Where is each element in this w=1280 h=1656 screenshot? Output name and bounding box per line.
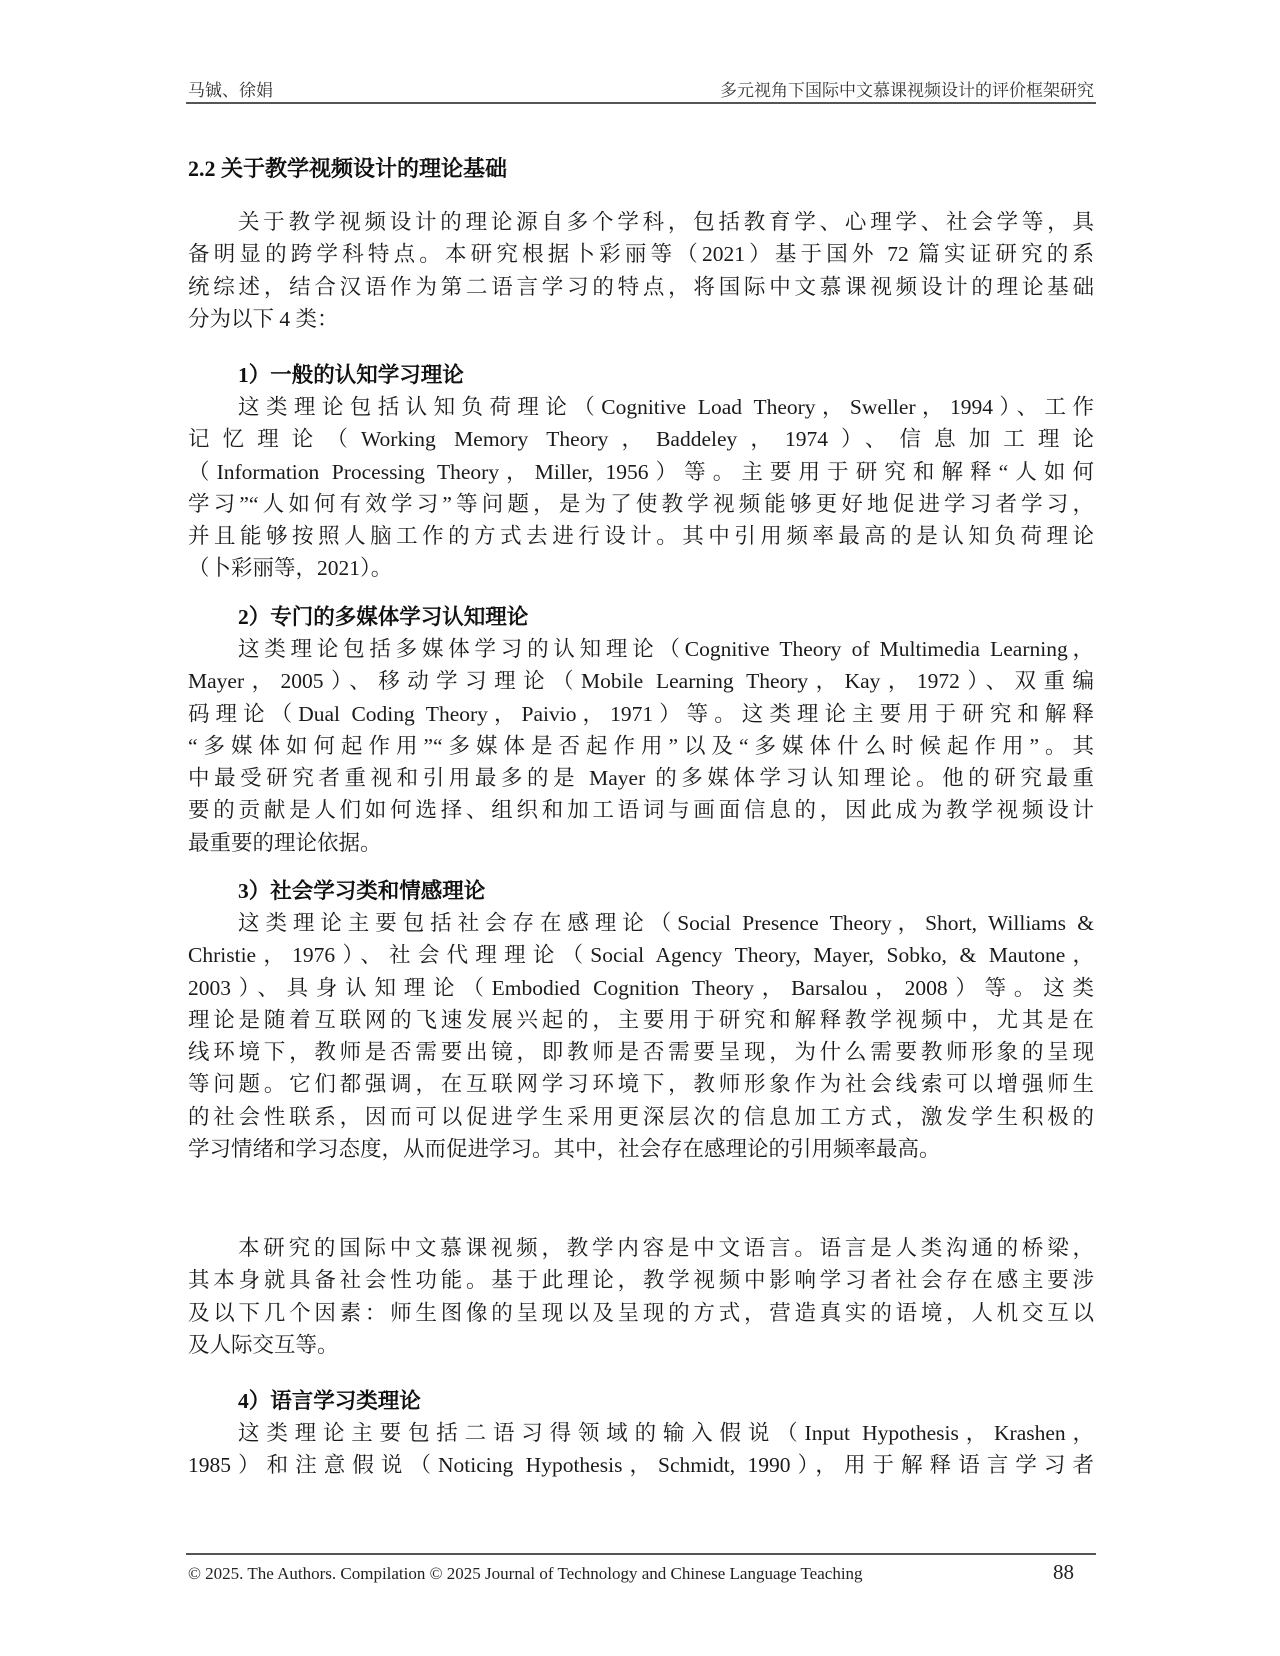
paragraph-line: 这类理论包括认知负荷理论（Cognitive Load Theory，Swell… bbox=[188, 391, 1094, 423]
paragraph-line: 学习情绪和学习态度，从而促进学习。其中，社会存在感理论的引用频率最高。 bbox=[188, 1133, 1094, 1165]
paragraph-line: 线环境下，教师是否需要出镜，即教师是否需要呈现，为什么需要教师形象的呈现 bbox=[188, 1036, 1094, 1068]
paragraph-line: 理论是随着互联网的飞速发展兴起的，主要用于研究和解释教学视频中，尤其是在 bbox=[188, 1004, 1094, 1036]
paragraph-line: 分为以下 4 类： bbox=[188, 303, 1094, 335]
paragraph-line: 并且能够按照人脑工作的方式去进行设计。其中引用频率最高的是认知负荷理论 bbox=[188, 520, 1094, 552]
header-running-title: 多元视角下国际中文慕课视频设计的评价框架研究 bbox=[720, 76, 1094, 101]
paper-page: 马铖、徐娟 多元视角下国际中文慕课视频设计的评价框架研究 2.2 关于教学视频设… bbox=[0, 0, 1280, 1656]
paragraph-line: 中最受研究者重视和引用最多的是 Mayer 的多媒体学习认知理论。他的研究最重 bbox=[188, 762, 1094, 794]
paragraph-line: 学习”“人如何有效学习”等问题，是为了使教学视频能够更好地促进学习者学习， bbox=[188, 488, 1094, 520]
paragraph-line: Christie，1976）、社会代理理论（Social Agency Theo… bbox=[188, 939, 1094, 971]
paragraph-line: 及以下几个因素：师生图像的呈现以及呈现的方式，营造真实的语境，人机交互以 bbox=[188, 1297, 1094, 1329]
intro-paragraph: 关于教学视频设计的理论源自多个学科，包括教育学、心理学、社会学等，具 备明显的跨… bbox=[188, 206, 1094, 335]
header-divider bbox=[186, 102, 1096, 104]
subsection-heading: 4）语言学习类理论 bbox=[188, 1385, 1094, 1417]
subsection-3: 3）社会学习类和情感理论 这类理论主要包括社会存在感理论（Social Pres… bbox=[188, 875, 1094, 1165]
paragraph-line: 及人际交互等。 bbox=[188, 1329, 1094, 1361]
paragraph-line: 的社会性联系，因而可以促进学生采用更深层次的信息加工方式，激发学生积极的 bbox=[188, 1101, 1094, 1133]
paragraph-line: 最重要的理论依据。 bbox=[188, 827, 1094, 859]
language-paragraph: 本研究的国际中文慕课视频，教学内容是中文语言。语言是人类沟通的桥梁， 其本身就具… bbox=[188, 1232, 1094, 1361]
subsection-1: 1）一般的认知学习理论 这类理论包括认知负荷理论（Cognitive Load … bbox=[188, 359, 1094, 585]
paragraph-line: （Information Processing Theory，Miller, 1… bbox=[188, 456, 1094, 488]
paragraph-line: 这类理论主要包括社会存在感理论（Social Presence Theory，S… bbox=[188, 907, 1094, 939]
footer-divider bbox=[186, 1553, 1096, 1555]
paragraph-line: 码理论（Dual Coding Theory，Paivio，1971）等。这类理… bbox=[188, 698, 1094, 730]
subsection-heading: 1）一般的认知学习理论 bbox=[188, 359, 1094, 391]
footer-copyright: © 2025. The Authors. Compilation © 2025 … bbox=[188, 1564, 863, 1584]
subsection-heading: 3）社会学习类和情感理论 bbox=[188, 875, 1094, 907]
paragraph-line: 等问题。它们都强调，在互联网学习环境下，教师形象作为社会线索可以增强师生 bbox=[188, 1068, 1094, 1100]
paragraph-line: Mayer，2005）、移动学习理论（Mobile Learning Theor… bbox=[188, 665, 1094, 697]
paragraph-line: 这类理论包括多媒体学习的认知理论（Cognitive Theory of Mul… bbox=[188, 633, 1094, 665]
section-title: 2.2 关于教学视频设计的理论基础 bbox=[188, 152, 507, 183]
paragraph-line: 本研究的国际中文慕课视频，教学内容是中文语言。语言是人类沟通的桥梁， bbox=[188, 1232, 1094, 1264]
paragraph-line: 记忆理论（Working Memory Theory，Baddeley，1974… bbox=[188, 423, 1094, 455]
paragraph-line: 备明显的跨学科特点。本研究根据卜彩丽等（2021）基于国外 72 篇实证研究的系 bbox=[188, 238, 1094, 270]
subsection-heading: 2）专门的多媒体学习认知理论 bbox=[188, 601, 1094, 633]
subsection-2: 2）专门的多媒体学习认知理论 这类理论包括多媒体学习的认知理论（Cognitiv… bbox=[188, 601, 1094, 859]
paragraph-line: 要的贡献是人们如何选择、组织和加工语词与画面信息的，因此成为教学视频设计 bbox=[188, 794, 1094, 826]
paragraph-line: 1985）和注意假说（Noticing Hypothesis，Schmidt, … bbox=[188, 1449, 1094, 1481]
header-authors: 马铖、徐娟 bbox=[188, 76, 273, 101]
page-number: 88 bbox=[1053, 1560, 1074, 1585]
paragraph-line: 统综述，结合汉语作为第二语言学习的特点，将国际中文慕课视频设计的理论基础 bbox=[188, 271, 1094, 303]
paragraph-line: 2003）、具身认知理论（Embodied Cognition Theory，B… bbox=[188, 972, 1094, 1004]
page-footer: © 2025. The Authors. Compilation © 2025 … bbox=[188, 1560, 1094, 1590]
running-header: 马铖、徐娟 多元视角下国际中文慕课视频设计的评价框架研究 bbox=[188, 76, 1094, 102]
paragraph-line: 关于教学视频设计的理论源自多个学科，包括教育学、心理学、社会学等，具 bbox=[188, 206, 1094, 238]
paragraph-line: “多媒体如何起作用”“多媒体是否起作用”以及“多媒体什么时候起作用”。其 bbox=[188, 730, 1094, 762]
paragraph-line: 这类理论主要包括二语习得领域的输入假说（Input Hypothesis，Kra… bbox=[188, 1417, 1094, 1449]
paragraph-line: 其本身就具备社会性功能。基于此理论，教学视频中影响学习者社会存在感主要涉 bbox=[188, 1264, 1094, 1296]
paragraph-line: （卜彩丽等，2021）。 bbox=[188, 552, 1094, 584]
subsection-4: 4）语言学习类理论 这类理论主要包括二语习得领域的输入假说（Input Hypo… bbox=[188, 1385, 1094, 1482]
